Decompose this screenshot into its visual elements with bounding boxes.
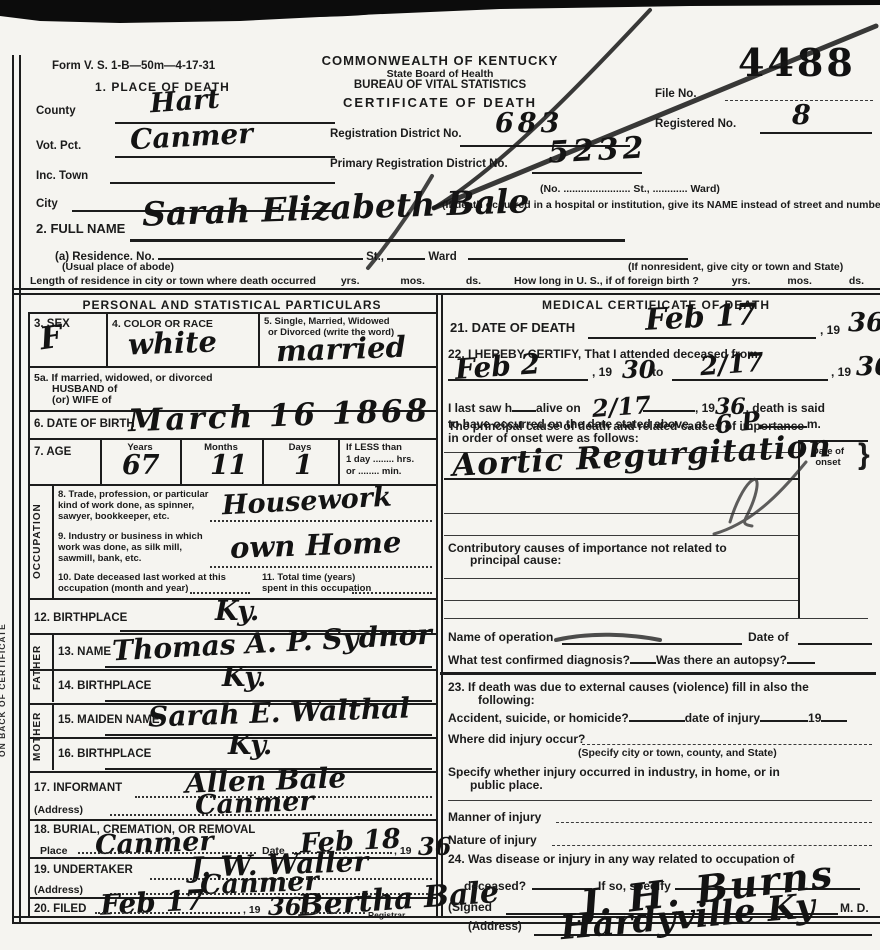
personal-section-title: PERSONAL AND STATISTICAL PARTICULARS <box>28 298 436 312</box>
cell-divider <box>338 438 340 484</box>
specify-label-1: Specify whether injury occurred in indus… <box>448 765 780 779</box>
grid-line <box>28 819 436 821</box>
street-line <box>387 248 425 260</box>
trade-dotted-line <box>210 520 432 522</box>
father-name-value: Thomas A. P. Sydnor <box>111 618 432 668</box>
nineteen-label: 19 <box>808 711 821 725</box>
informant-label: 17. INFORMANT <box>34 782 122 794</box>
attended-from-year: 30 <box>622 355 655 384</box>
contributory-rule <box>444 618 868 619</box>
test-label: What test confirmed diagnosis? <box>448 653 630 667</box>
mother-bp-value: Ky. <box>228 730 272 761</box>
certificate-stamp-number: 4488 <box>738 40 856 85</box>
length-label: Length of residence in city or town wher… <box>30 275 316 287</box>
precinct-value: Canmer <box>129 117 254 156</box>
yrs-label-2: yrs. <box>732 275 751 287</box>
from-year-prefix: , 19 <box>592 365 612 379</box>
write-line <box>562 643 742 645</box>
marital-value: married <box>275 330 406 369</box>
frame-left-inner <box>19 55 21 924</box>
cause-rule <box>444 535 798 536</box>
ward-label: Ward <box>428 251 456 263</box>
file-no-label: File No. <box>655 88 697 100</box>
where-hint: (Specify city or town, county, and State… <box>578 747 777 759</box>
county-value: Hart <box>149 84 221 120</box>
contributory-label-2: principal cause: <box>470 553 561 567</box>
father-side-label: FATHER <box>32 635 43 700</box>
date-of-death-value: Feb 17 <box>644 297 758 338</box>
ward-line <box>468 248 688 260</box>
scan-artifact-top <box>0 0 880 30</box>
mother-bp-label: 16. BIRTHPLACE <box>58 748 151 760</box>
column-divider-1 <box>436 293 438 918</box>
yrs-label: yrs. <box>341 275 360 287</box>
section-rule <box>440 672 876 675</box>
accident-label: Accident, suicide, or homicide? <box>448 711 629 725</box>
dotted-line <box>95 912 240 914</box>
abode-hint: (Usual place of abode) <box>62 261 174 273</box>
marital-label-1: 5. Single, Married, Widowed <box>264 316 390 327</box>
nonresident-hint: (If nonresident, give city or town and S… <box>628 261 843 273</box>
cell-divider <box>106 312 108 366</box>
manner-label: Manner of injury <box>448 810 541 824</box>
trade-label: 8. Trade, profession, or particular kind… <box>58 489 218 523</box>
burial-place-label: Place <box>40 845 67 857</box>
residence-length-row: Length of residence in city or town wher… <box>30 275 864 287</box>
ds-label: ds. <box>466 275 481 287</box>
age-years-value: 67 <box>122 450 160 481</box>
industry-value: own Home <box>229 525 401 565</box>
injury-date-label: date of injury <box>685 711 760 725</box>
death-certificate-scan: ON BACK OF CERTIFICATE Form V. S. 1-B—50… <box>0 0 880 950</box>
precinct-label: Vot. Pct. <box>36 140 81 152</box>
precinct-line <box>115 156 335 158</box>
birthplace-value: Ky. <box>215 596 259 627</box>
write-line <box>552 845 872 846</box>
filed-label: 20. FILED <box>34 903 86 915</box>
deceased-label: deceased? <box>464 879 526 893</box>
mos-label: mos. <box>400 275 425 287</box>
undertaker-addr-label: (Address) <box>34 884 83 896</box>
dod-year-value: 36 <box>848 308 880 338</box>
cause-rule <box>444 513 798 514</box>
race-value: white <box>127 324 217 361</box>
test-row: What test confirmed diagnosis?Was there … <box>448 652 815 667</box>
registrar-label: Registrar. <box>368 910 407 920</box>
filed-date-value: Feb 17 <box>99 883 205 921</box>
commonwealth-title: COMMONWEALTH OF KENTUCKY <box>290 53 590 68</box>
write-line <box>448 379 588 381</box>
contributory-rule <box>444 578 798 579</box>
attended-to-value: 2/17 <box>699 348 765 382</box>
city-street-hint: (No. ....................... St., ......… <box>540 183 720 195</box>
primary-district-value: 5232 <box>547 130 648 170</box>
header-separator-1 <box>12 288 880 290</box>
father-name-label: 13. NAME <box>58 646 111 658</box>
specify-label-2: public place. <box>470 778 543 792</box>
grid-line <box>28 438 436 440</box>
autopsy-label: Was there an autopsy? <box>656 653 787 667</box>
bureau: BUREAU OF VITAL STATISTICS <box>290 79 590 91</box>
write-line <box>672 379 828 381</box>
dotted-line <box>300 912 365 914</box>
q23-label-2: following: <box>478 693 535 707</box>
county-label: County <box>36 105 76 117</box>
operation-label: Name of operation <box>448 630 553 644</box>
ds-label-2: ds. <box>849 275 864 287</box>
father-bp-value: Ky. <box>222 662 266 693</box>
dotted-line <box>190 592 250 594</box>
to-year-prefix: , 19 <box>831 365 851 379</box>
dotted-line <box>110 814 432 816</box>
blank-line <box>787 652 815 664</box>
margin-note: ON BACK OF CERTIFICATE <box>0 560 7 820</box>
birthplace-label: 12. BIRTHPLACE <box>34 612 127 624</box>
write-line <box>556 822 872 823</box>
age-months-value: 11 <box>210 450 248 481</box>
column-divider-2 <box>441 293 443 918</box>
undertaker-label: 19. UNDERTAKER <box>34 864 133 876</box>
grid-line <box>28 312 436 314</box>
write-line <box>582 744 872 745</box>
street-label: St., <box>366 251 384 263</box>
burial-year-prefix: , 19 <box>394 845 412 857</box>
dob-value: March 16 1868 <box>127 393 430 440</box>
header-separator-2 <box>12 293 880 295</box>
age-days-value: 1 <box>294 450 313 481</box>
write-line <box>105 666 432 668</box>
frame-left-outer <box>12 55 14 924</box>
dod-year-prefix: , 19 <box>820 323 840 337</box>
father-strip-border <box>52 633 54 702</box>
date-of-death-label: 21. DATE OF DEATH <box>450 320 575 335</box>
full-name-label: 2. FULL NAME <box>36 221 125 236</box>
blank-line <box>760 710 808 722</box>
less-than-label-2: 1 day ........ hrs. <box>346 454 414 465</box>
blank-line <box>821 710 847 722</box>
nature-label: Nature of injury <box>448 833 537 847</box>
mother-name-value: Sarah E. Walthal <box>148 691 411 733</box>
accident-row: Accident, suicide, or homicide?date of i… <box>448 710 847 725</box>
registered-no-value: 8 <box>792 100 811 131</box>
city-label: City <box>36 198 58 210</box>
where-injury-label: Where did injury occur? <box>448 732 585 746</box>
filed-year-value: 36 <box>268 892 301 921</box>
how-long-label: How long in U. S., if of foreign birth ? <box>514 275 699 287</box>
pen-scribble-cause <box>714 462 806 534</box>
father-bp-label: 14. BIRTHPLACE <box>58 680 151 692</box>
occupation-strip-border <box>52 484 54 598</box>
less-than-label-1: If LESS than <box>346 442 402 453</box>
blank-line <box>629 710 685 722</box>
filed-year-prefix: , 19 <box>243 904 261 916</box>
md-label: M. D. <box>840 901 869 915</box>
registration-district-label: Registration District No. <box>330 128 462 140</box>
full-name-value: Sarah Elizabeth Bale <box>141 181 530 233</box>
less-than-label-3: or ........ min. <box>346 466 401 477</box>
write-line <box>588 337 816 339</box>
husband-label-3: (or) WIFE of <box>52 394 111 406</box>
blank-line <box>630 652 656 664</box>
signed-label: (Signed <box>448 900 492 914</box>
occupation-side-label: OCCUPATION <box>32 488 43 594</box>
industry-dotted-line <box>210 566 432 568</box>
grid-line <box>28 366 436 368</box>
operation-date-label: Date of <box>748 630 789 644</box>
dob-label: 6. DATE OF BIRTH <box>34 418 135 430</box>
informant-addr-label: (Address) <box>34 804 83 816</box>
address-label: (Address) <box>468 921 522 933</box>
registered-no-label: Registered No. <box>655 118 736 130</box>
primary-district-label: Primary Registration District No. <box>330 158 508 170</box>
contributory-rule <box>444 600 798 601</box>
pen-dash-operation <box>556 635 660 640</box>
attended-to-year: 36 <box>856 352 880 382</box>
onset-brace: } <box>858 438 870 472</box>
industry-label: 9. Industry or business in which work wa… <box>58 531 218 565</box>
left-col-border <box>28 312 30 918</box>
mother-name-label: 15. MAIDEN NAME <box>58 714 160 726</box>
mos-label-2: mos. <box>787 275 812 287</box>
inc-town-line <box>110 182 335 184</box>
inc-town-label: Inc. Town <box>36 170 88 182</box>
age-label: 7. AGE <box>34 446 71 458</box>
rule <box>448 800 872 801</box>
residence-line <box>158 248 363 260</box>
cell-divider <box>258 312 260 366</box>
registered-no-line <box>760 132 872 134</box>
dotted-line <box>352 592 432 594</box>
form-number: Form V. S. 1-B—50m—4-17-31 <box>52 60 215 72</box>
primary-district-line <box>532 172 642 174</box>
to-label: to <box>652 365 663 379</box>
q23-label-1: 23. If death was due to external causes … <box>448 680 809 694</box>
trade-value: Housework <box>221 482 392 522</box>
full-name-line <box>130 239 625 242</box>
write-line <box>798 643 872 645</box>
